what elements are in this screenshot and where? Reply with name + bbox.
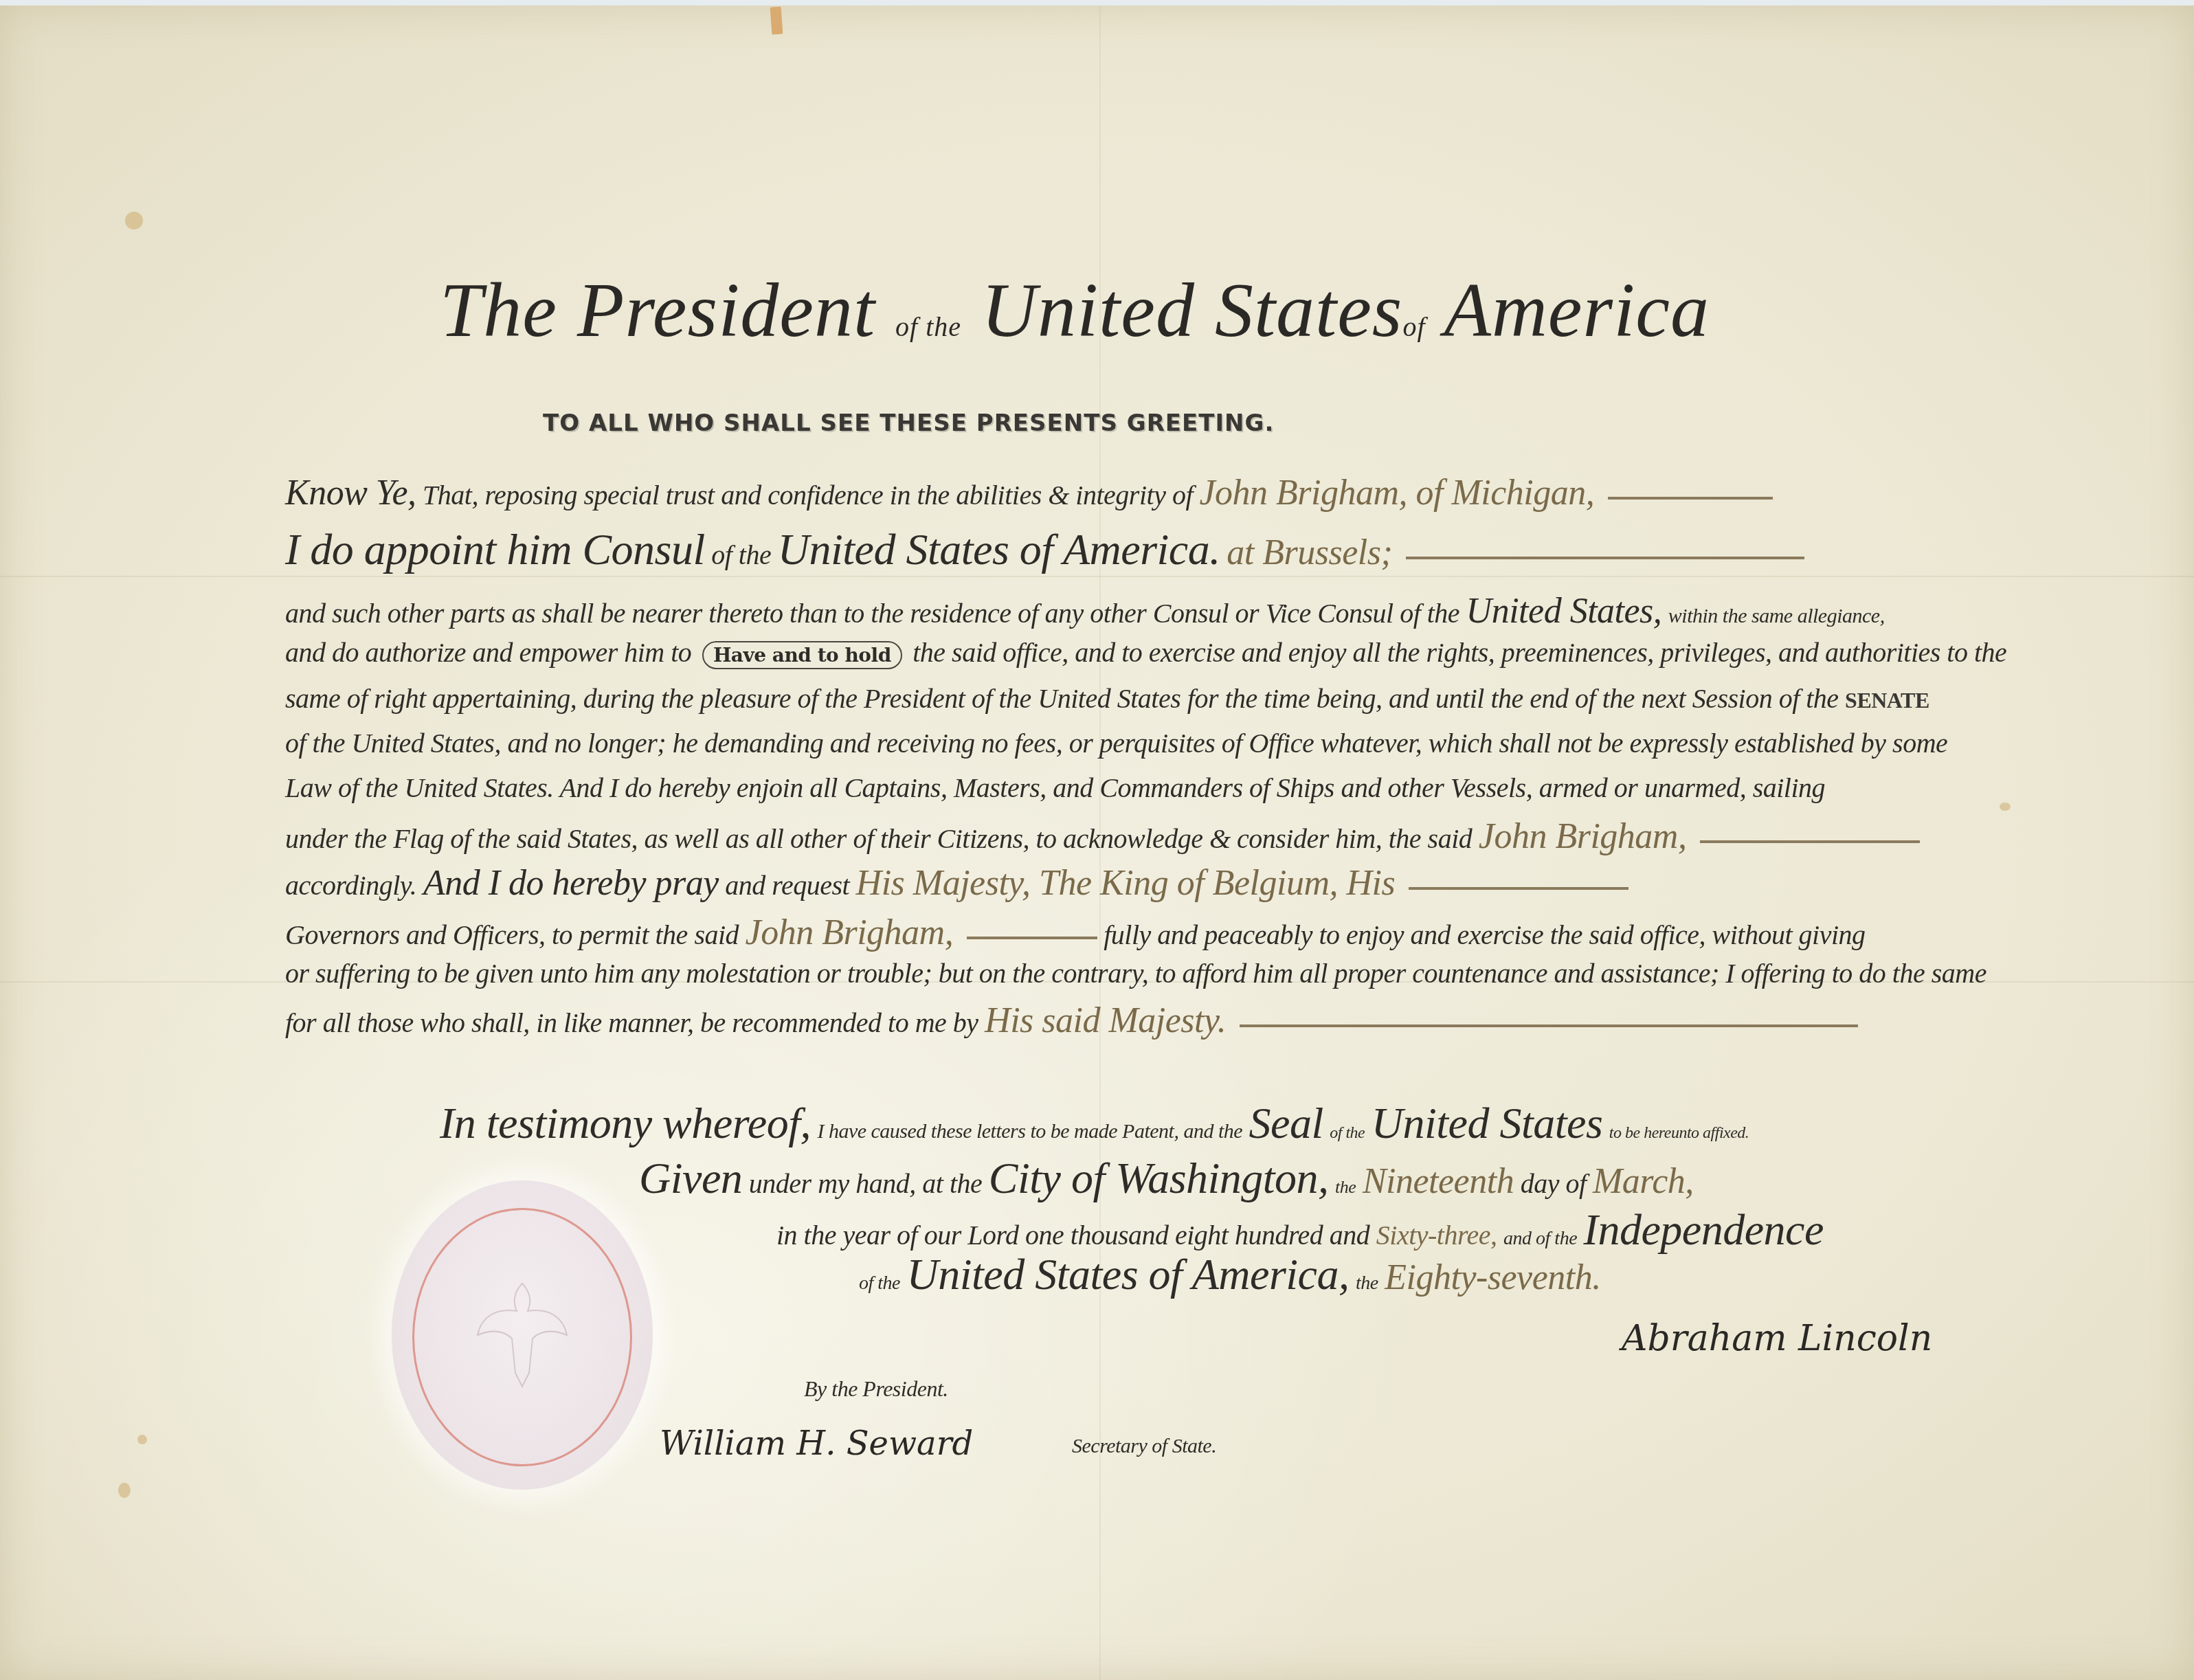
- body-text: the: [1356, 1273, 1378, 1294]
- body-text: That, reposing special trust and confide…: [423, 480, 1193, 511]
- testimony-line-2: Given under my hand, at the City of Wash…: [639, 1153, 1694, 1204]
- body-text: of the: [859, 1273, 900, 1294]
- body-text: in the year of our Lord one thousand eig…: [776, 1220, 1369, 1251]
- foxing-stain: [2000, 803, 2011, 811]
- body-text: within the same allegiance,: [1668, 605, 1885, 627]
- body-line-10: Governors and Officers, to permit the sa…: [285, 912, 1866, 953]
- independence-word: Independence: [1584, 1205, 1824, 1254]
- month-fill: March,: [1593, 1162, 1694, 1201]
- testimony-line-1: In testimony whereof, I have caused thes…: [440, 1098, 1749, 1149]
- usa-emphasis: United States of America,: [907, 1250, 1350, 1299]
- president-signature: Abraham Lincoln: [1622, 1318, 1932, 1359]
- year-fill: Sixty-three,: [1376, 1220, 1497, 1251]
- appointee-name-fill: John Brigham,: [1479, 817, 1687, 856]
- body-text: and do authorize and empower him to: [285, 637, 691, 668]
- body-text: and of the: [1503, 1228, 1577, 1249]
- fill-rule: [967, 937, 1097, 939]
- body-line-2: I do appoint him Consul of the United St…: [285, 524, 1804, 575]
- by-the-president: By the President.: [804, 1376, 948, 1402]
- eagle-icon: [474, 1270, 570, 1393]
- us-emphasis: United States: [1372, 1099, 1603, 1147]
- document-paper: The President of the United Statesof Ame…: [0, 5, 2194, 1680]
- title-of-the: of the: [895, 311, 961, 342]
- foxing-stain: [125, 212, 143, 229]
- city-of-washington: City of Washington,: [989, 1154, 1329, 1202]
- sovereign-reference-fill: His said Majesty.: [985, 1001, 1226, 1040]
- body-text: under my hand, at the: [749, 1168, 982, 1199]
- body-text: Law of the United States. And I do hereb…: [285, 772, 1825, 803]
- body-line-8: under the Flag of the said States, as we…: [285, 816, 1920, 857]
- body-text: and such other parts as shall be nearer …: [285, 598, 1459, 629]
- body-line-5: same of right appertaining, during the p…: [285, 682, 1929, 715]
- fill-rule: [1700, 840, 1920, 843]
- body-text: same of right appertaining, during the p…: [285, 683, 1839, 714]
- body-text: fully and peaceably to enjoy and exercis…: [1104, 919, 1865, 950]
- body-text: the: [1335, 1177, 1356, 1197]
- body-text: or suffering to be given unto him any mo…: [285, 958, 1986, 989]
- title-of: of: [1402, 311, 1425, 342]
- testimony-line-3: in the year of our Lord one thousand eig…: [776, 1205, 1824, 1255]
- title-president: The President: [440, 268, 875, 353]
- embossed-seal: [392, 1180, 653, 1490]
- fold-line: [0, 576, 2194, 577]
- body-line-9: accordingly. And I do hereby pray and re…: [285, 863, 1628, 904]
- body-line-3: and such other parts as shall be nearer …: [285, 591, 1885, 631]
- body-text: the said office, and to exercise and enj…: [913, 637, 2006, 668]
- post-location-fill: at Brussels;: [1227, 533, 1392, 572]
- foreign-sovereign-fill: His Majesty, The King of Belgium, His: [856, 864, 1396, 903]
- body-text: day of: [1521, 1168, 1587, 1199]
- greeting-heading: TO ALL WHO SHALL SEE THESE PRESENTS GREE…: [543, 410, 1274, 437]
- body-line-11: or suffering to be given unto him any mo…: [285, 957, 1986, 989]
- body-line-6: of the United States, and no longer; he …: [285, 727, 1947, 759]
- senate-caps: SENATE: [1845, 688, 1929, 713]
- fill-rule: [1608, 497, 1773, 500]
- body-text: of the United States, and no longer; he …: [285, 728, 1947, 759]
- title-united-states: United States: [981, 268, 1402, 353]
- body-text: under the Flag of the said States, as we…: [285, 823, 1472, 854]
- tape-fragment: [770, 6, 783, 34]
- body-text: accordingly.: [285, 870, 416, 901]
- body-text: I have caused these letters to be made P…: [817, 1120, 1242, 1143]
- body-text: of the: [1330, 1124, 1365, 1142]
- body-line-7: Law of the United States. And I do hereb…: [285, 772, 1825, 804]
- foxing-stain: [137, 1435, 147, 1444]
- fill-rule: [1240, 1024, 1858, 1027]
- appoint-phrase: I do appoint him Consul: [285, 525, 705, 574]
- day-fill: Nineteenth: [1363, 1162, 1514, 1201]
- us-emphasis: United States,: [1466, 592, 1662, 631]
- given-word: Given: [639, 1154, 742, 1202]
- independence-year-fill: Eighty-seventh.: [1385, 1258, 1600, 1297]
- body-line-1: Know Ye, That, reposing special trust an…: [285, 473, 1773, 513]
- body-text: of the: [711, 539, 771, 570]
- seal-word: Seal: [1249, 1099, 1323, 1147]
- secretary-signature: William H. Seward: [660, 1424, 973, 1463]
- body-text: Governors and Officers, to permit the sa…: [285, 919, 739, 950]
- body-line-12: for all those who shall, in like manner,…: [285, 1000, 1858, 1041]
- appointee-name-fill: John Brigham,: [746, 913, 954, 952]
- know-ye: Know Ye,: [285, 473, 416, 513]
- testimony-line-4: of the United States of America, the Eig…: [859, 1249, 1601, 1300]
- body-text: to be hereunto affixed.: [1609, 1124, 1749, 1142]
- body-text: for all those who shall, in like manner,…: [285, 1007, 978, 1038]
- fill-rule: [1409, 887, 1628, 890]
- appointee-name-fill: John Brigham, of Michigan,: [1200, 473, 1595, 513]
- in-testimony-whereof: In testimony whereof,: [440, 1099, 811, 1147]
- title-america: America: [1444, 268, 1710, 353]
- secretary-title: Secretary of State.: [1072, 1435, 1216, 1458]
- body-text: and request: [725, 870, 849, 901]
- document-title: The President of the United Statesof Ame…: [440, 267, 1710, 355]
- foxing-stain: [118, 1483, 131, 1498]
- fill-rule: [1406, 557, 1804, 559]
- pray-emphasis: And I do hereby pray: [423, 864, 719, 903]
- usa-emphasis: United States of America.: [778, 525, 1220, 574]
- have-and-to-hold-cartouche: Have and to hold: [702, 641, 902, 669]
- body-line-4: and do authorize and empower him to Have…: [285, 636, 2006, 669]
